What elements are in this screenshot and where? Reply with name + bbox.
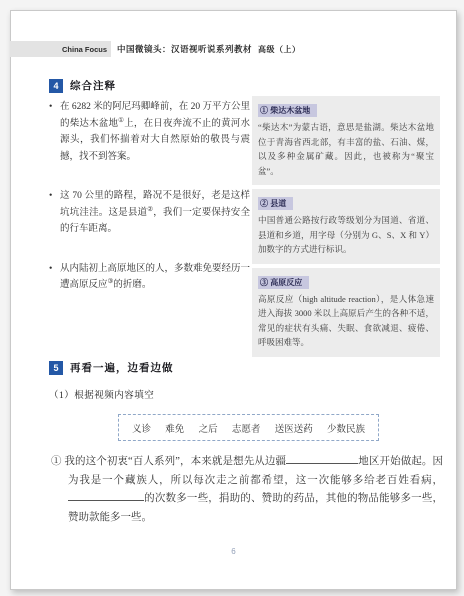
fill-text-1: 我的这个初衷“百人系列”，本来就是想先从边疆 (64, 456, 286, 467)
note-3-title: ③ 高原反应 (258, 276, 309, 289)
sidebar-note-boxes: ① 柴达木盆地 “柴达木”为蒙古语，意思是盐湖。柴达木盆地位于青海省西北部，有丰… (252, 96, 440, 361)
fill-blank-1 (286, 453, 358, 464)
word-bank: 义诊 难免 之后 志愿者 送医送药 少数民族 (118, 414, 379, 441)
textbook-scan: China Focus 中国微镜头：汉语视听说系列教材 高级（上） 4 综合注释… (0, 0, 464, 596)
bullet-3-text: 从内陆初上高原地区的人，多数难免要经历一遭高原反应 (60, 264, 250, 291)
note-box-2: ② 县道 中国普通公路按行政等级划分为国道、省道、县道和乡道，用字母（分别为 G… (252, 189, 440, 264)
page-header: China Focus 中国微镜头：汉语视听说系列教材 高级（上） (10, 41, 301, 57)
book-page: China Focus 中国微镜头：汉语视听说系列教材 高级（上） 4 综合注释… (10, 10, 457, 590)
section-4-header: 4 综合注释 (49, 78, 116, 93)
note-2-body: 中国普通公路按行政等级划分为国道、省道、县道和乡道，用字母（分别为 G、S、X … (258, 213, 434, 257)
bullet-3-text-cont: 的折磨。 (113, 280, 151, 290)
section-5-header: 5 再看一遍，边看边做 (49, 360, 174, 375)
page-number: 6 (11, 547, 456, 556)
note-box-1: ① 柴达木盆地 “柴达木”为蒙古语，意思是盐湖。柴达木盆地位于青海省西北部，有丰… (252, 96, 440, 185)
fill-blank-2 (68, 490, 144, 501)
notes-bullet-list: 在 6282 米的阿尼玛卿峰前，在 20 万平方公里的柴达木盆地①上，在日夜奔流… (49, 99, 250, 317)
word-item-4: 志愿者 (232, 421, 261, 435)
word-item-1: 义诊 (132, 421, 151, 435)
note-2-number: ② (260, 199, 268, 208)
exercise-subtitle: （1）根据视频内容填空 (49, 387, 154, 401)
section-5-title: 再看一遍，边看边做 (70, 360, 174, 375)
word-item-2: 难免 (165, 421, 184, 435)
item-marker: ① (51, 456, 62, 467)
brand-label: China Focus (62, 45, 107, 54)
brand-band: China Focus (10, 41, 111, 57)
bullet-item-3: 从内陆初上高原地区的人，多数难免要经历一遭高原反应③的折磨。 (49, 261, 250, 294)
fill-in-paragraph: ① 我的这个初衷“百人系列”，本来就是想先从边疆地区开始做起。因为我是一个藏族人… (51, 453, 443, 527)
section-5-number-badge: 5 (49, 361, 63, 375)
note-1-body: “柴达木”为蒙古语，意思是盐湖。柴达木盆地位于青海省西北部，有丰富的盐、石油、煤… (258, 120, 434, 178)
note-3-number: ③ (260, 278, 268, 287)
note-1-number: ① (260, 106, 268, 115)
bullet-item-2: 这 70 公里的路程，路况不是很好，老是这样坑坑洼洼。这是县道②，我们一定要保持… (49, 188, 250, 238)
note-2-term: 县道 (270, 199, 286, 208)
note-1-term: 柴达木盆地 (270, 106, 310, 115)
word-item-5: 送医送药 (275, 421, 313, 435)
series-title: 中国微镜头：汉语视听说系列教材 (117, 43, 252, 55)
note-box-3: ③ 高原反应 高原反应（high altitude reaction），是人体急… (252, 268, 440, 357)
section-4-title: 综合注释 (70, 78, 116, 93)
bullet-item-1: 在 6282 米的阿尼玛卿峰前，在 20 万平方公里的柴达木盆地①上，在日夜奔流… (49, 99, 250, 165)
series-level: 高级（上） (258, 44, 301, 55)
word-item-6: 少数民族 (327, 421, 365, 435)
note-1-title: ① 柴达木盆地 (258, 104, 317, 117)
note-2-title: ② 县道 (258, 197, 293, 210)
note-3-term: 高原反应 (270, 278, 302, 287)
word-item-3: 之后 (199, 421, 218, 435)
section-4-number-badge: 4 (49, 79, 63, 93)
note-3-body: 高原反应（high altitude reaction），是人体急速进入海拔 3… (258, 292, 434, 350)
